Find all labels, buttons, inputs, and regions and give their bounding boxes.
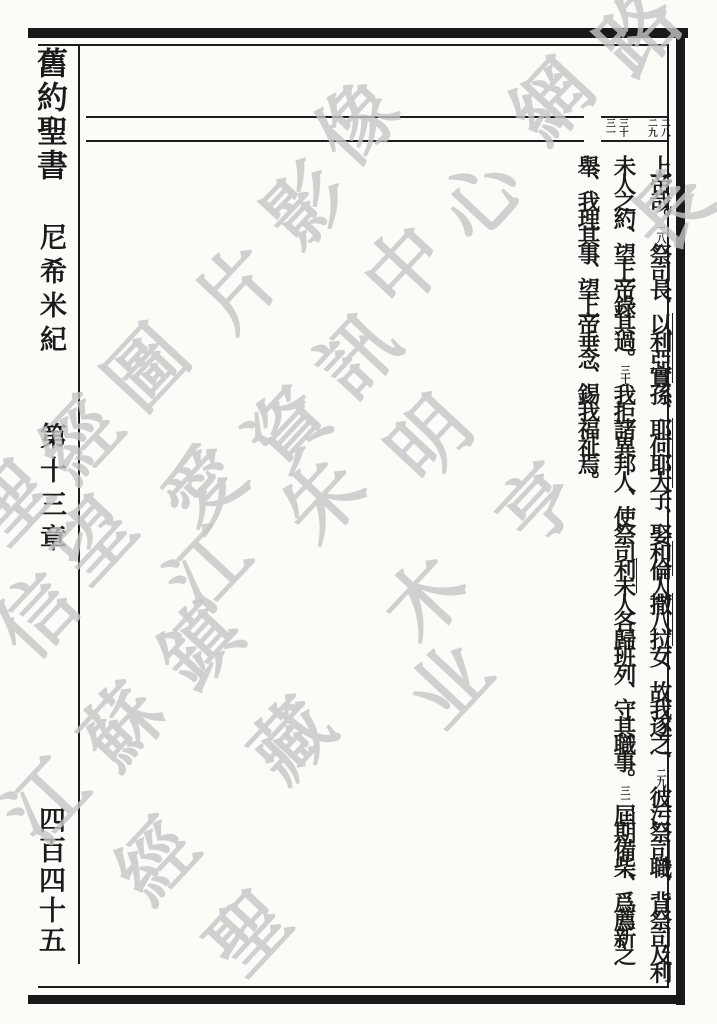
watermark-glyph: 鎮	[146, 592, 256, 702]
header-rule-bottom-left-segment	[86, 140, 584, 142]
header-rule-bottom-right-segment	[601, 140, 667, 142]
verse-number-30: 三十	[617, 118, 627, 137]
scripture-column-2: 未人之約、望上帝錄其過。三十我拒諸異邦人、使祭司利未人各歸班列、守其職事。三一屆…	[605, 155, 641, 1000]
scripture-segment: 屆期備柴、爲薦新之	[610, 804, 636, 962]
header-rule-top-left-segment	[86, 116, 584, 118]
watermark-glyph: 圖	[93, 314, 203, 424]
scripture-segment: 祭司長、	[646, 243, 672, 313]
watermark-glyph: 資	[234, 374, 344, 484]
inline-verse-number: 三十	[618, 365, 629, 383]
proper-name: 以利亞實	[646, 313, 673, 383]
watermark-glyph: 像	[303, 69, 413, 179]
scripture-column-3: 舉、我理其事、望上帝垂念、錫我福祉焉。	[569, 155, 605, 1000]
verse-number-28: 二八	[659, 118, 669, 137]
verse-number-31: 三一	[604, 118, 614, 137]
inline-verse-number: 三一	[618, 786, 629, 804]
scripture-segment: 人各歸班列、守其職事。	[610, 593, 636, 786]
watermark-glyph: 蘇	[68, 672, 178, 782]
margin-title-testament: 舊約聖書	[33, 47, 64, 183]
proper-name: 利未	[610, 558, 637, 593]
watermark-glyph: 訊	[304, 301, 414, 411]
margin-title-book: 尼希米紀	[37, 223, 64, 359]
watermark-glyph: 江	[155, 515, 265, 625]
frame-inner-top	[38, 44, 669, 46]
proper-name: 撒八拉	[646, 593, 673, 646]
watermark-glyph: 影	[252, 151, 362, 261]
watermark-glyph: 业	[396, 631, 506, 741]
scripture-segment: 舉、我理其事、望上帝垂念、錫我福祉焉。	[574, 155, 600, 488]
proper-name: 耶何耶大	[646, 418, 673, 488]
proper-name: 和倫	[646, 541, 673, 576]
header-verse-numbers-28-29: 二八 二九	[646, 118, 669, 137]
margin-divider-line	[78, 44, 80, 964]
verse-number-29: 二九	[646, 118, 656, 137]
inline-verse-number: 二八	[654, 225, 665, 243]
frame-outer-right	[676, 28, 685, 1005]
watermark-glyph: 中	[351, 213, 461, 323]
scripture-segment: 彼污祭司職、背祭司及利	[646, 786, 672, 979]
watermark-glyph: 明	[376, 385, 486, 495]
watermark-glyph: 心	[427, 145, 537, 255]
header-verse-numbers-30-31: 三十 三一	[604, 118, 627, 137]
scripture-segment: 人	[646, 576, 672, 594]
watermark-glyph: 愛	[150, 434, 260, 544]
frame-outer-top	[28, 28, 688, 38]
scripture-text-block: 上帝哉。二八祭司長、以利亞實孫、耶何耶大子、娶和倫人撒八拉女、故我逐之、二九彼污…	[569, 155, 677, 1000]
scripture-segment: 女、故我逐之、	[646, 646, 672, 769]
scripture-segment: 孫、	[646, 383, 672, 418]
watermark-glyph: 朱	[269, 445, 379, 555]
scripture-column-1: 上帝哉。二八祭司長、以利亞實孫、耶何耶大子、娶和倫人撒八拉女、故我逐之、二九彼污…	[641, 155, 677, 1000]
scripture-segment: 我拒諸異邦人、使祭司	[610, 383, 636, 558]
scripture-segment: 上帝哉。	[646, 155, 672, 225]
scanned-bible-page: 二八 二九 三十 三一 舊約聖書 尼希米紀 第十三章 四百四十五 上帝哉。二八祭…	[0, 0, 717, 1024]
watermark-glyph: 聖	[195, 879, 305, 989]
watermark-glyph: 經	[103, 807, 213, 917]
scripture-segment: 子、娶	[646, 488, 672, 541]
scripture-segment: 未人之約、望上帝錄其過。	[610, 155, 636, 365]
watermark-glyph: 藏	[238, 686, 348, 796]
watermark-glyph: 片	[184, 234, 294, 344]
inline-verse-number: 二九	[654, 768, 665, 786]
margin-page-number: 四百四十五	[36, 806, 63, 956]
margin-title-chapter: 第十三章	[37, 422, 64, 558]
watermark-glyph: 木	[372, 545, 482, 655]
